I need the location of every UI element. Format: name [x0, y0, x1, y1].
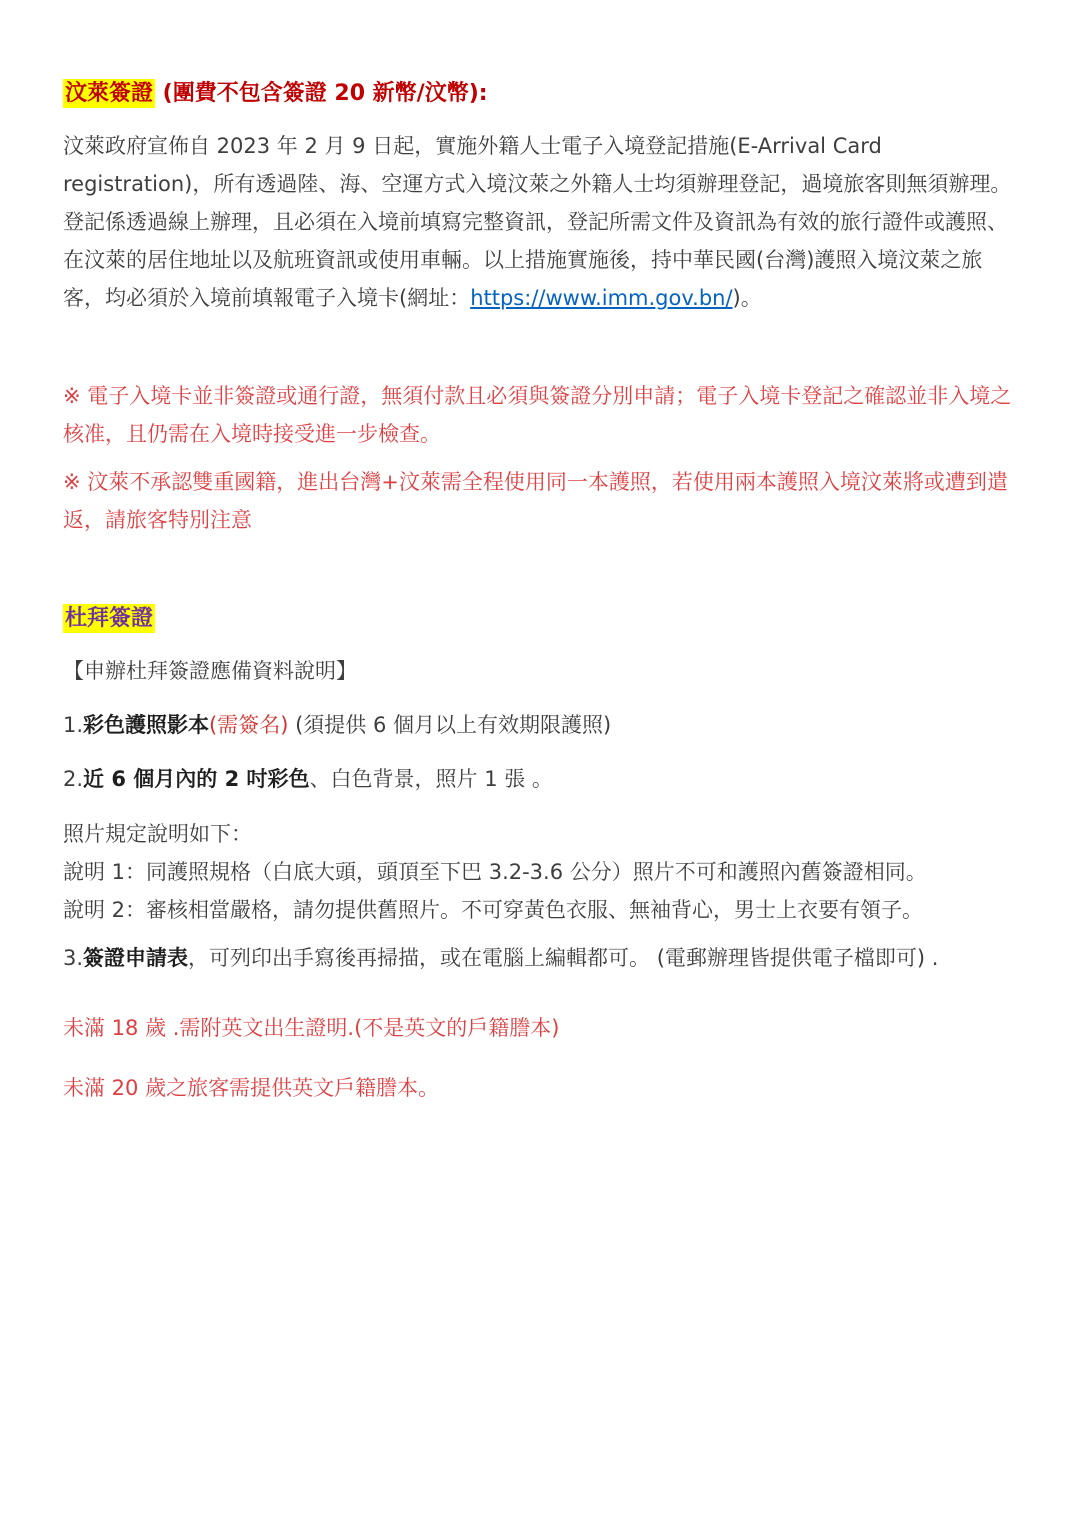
- under-20-household-registration-note: 未滿 20 歲之旅客需提供英文戶籍謄本。: [63, 1069, 1018, 1107]
- brunei-visa-heading: 汶萊簽證 (團費不包含簽證 20 新幣/汶幣):: [63, 75, 1018, 113]
- dubai-item-application-form: 3.簽證申請表，可列印出手寫後再掃描，或在電腦上編輯都可。 (電郵辦理皆提供電子…: [63, 939, 1018, 977]
- item1-bold-text: 彩色護照影本: [83, 713, 209, 737]
- item1-signature-required-note: (需簽名): [209, 713, 288, 737]
- photo-rules-intro-line: 照片規定說明如下：: [63, 815, 1018, 853]
- item2-bold-text: 近 6 個月內的 2 吋彩色: [83, 767, 309, 791]
- item1-number: 1.: [63, 713, 83, 737]
- photo-rule-1-line: 說明 1：同護照規格（白底大頭，頭頂至下巴 3.2-3.6 公分）照片不可和護照…: [63, 853, 1018, 891]
- item1-validity-note: (須提供 6 個月以上有效期限護照): [288, 713, 611, 737]
- photo-rules-block: 照片規定說明如下： 說明 1：同護照規格（白底大頭，頭頂至下巴 3.2-3.6 …: [63, 815, 1018, 929]
- brunei-visa-heading-fee-note: (團費不包含簽證 20 新幣/汶幣):: [155, 81, 488, 106]
- item3-number: 3.: [63, 946, 83, 970]
- under-18-birth-certificate-note: 未滿 18 歲 .需附英文出生證明.(不是英文的戶籍謄本): [63, 1009, 1018, 1047]
- dubai-item-passport-copy: 1.彩色護照影本(需簽名) (須提供 6 個月以上有效期限護照): [63, 706, 1018, 744]
- dubai-required-documents-subtitle: 【申辦杜拜簽證應備資料說明】: [63, 652, 1018, 690]
- photo-rule-2-line: 說明 2：審核相當嚴格，請勿提供舊照片。不可穿黃色衣服、無袖背心，男士上衣要有領…: [63, 891, 1018, 929]
- imm-gov-bn-link[interactable]: https://www.imm.gov.bn/: [470, 286, 732, 310]
- brunei-earrival-warning-note: ※ 電子入境卡並非簽證或通行證，無須付款且必須與簽證分別申請；電子入境卡登記之確…: [63, 377, 1018, 453]
- brunei-intro-text: 汶萊政府宣佈自 2023 年 2 月 9 日起，實施外籍人士電子入境登記措施(E…: [63, 134, 1011, 310]
- dubai-visa-heading: 杜拜簽證: [63, 600, 1018, 638]
- brunei-visa-heading-highlight: 汶萊簽證: [63, 79, 155, 108]
- item2-number: 2.: [63, 767, 83, 791]
- item3-rest-text: ，可列印出手寫後再掃描，或在電腦上編輯都可。 (電郵辦理皆提供電子檔即可) .: [188, 946, 938, 970]
- item2-rest-text: 、白色背景，照片 1 張 。: [310, 767, 553, 791]
- dubai-visa-heading-highlight: 杜拜簽證: [63, 604, 155, 633]
- brunei-dual-nationality-warning-note: ※ 汶萊不承認雙重國籍，進出台灣+汶萊需全程使用同一本護照，若使用兩本護照入境汶…: [63, 463, 1018, 539]
- item3-bold-text: 簽證申請表: [83, 946, 188, 970]
- document-page: 汶萊簽證 (團費不包含簽證 20 新幣/汶幣): 汶萊政府宣佈自 2023 年 …: [0, 0, 1076, 1521]
- brunei-intro-paragraph: 汶萊政府宣佈自 2023 年 2 月 9 日起，實施外籍人士電子入境登記措施(E…: [63, 127, 1018, 317]
- brunei-intro-closing: )。: [733, 286, 762, 310]
- dubai-item-photo: 2.近 6 個月內的 2 吋彩色、白色背景，照片 1 張 。: [63, 760, 1018, 798]
